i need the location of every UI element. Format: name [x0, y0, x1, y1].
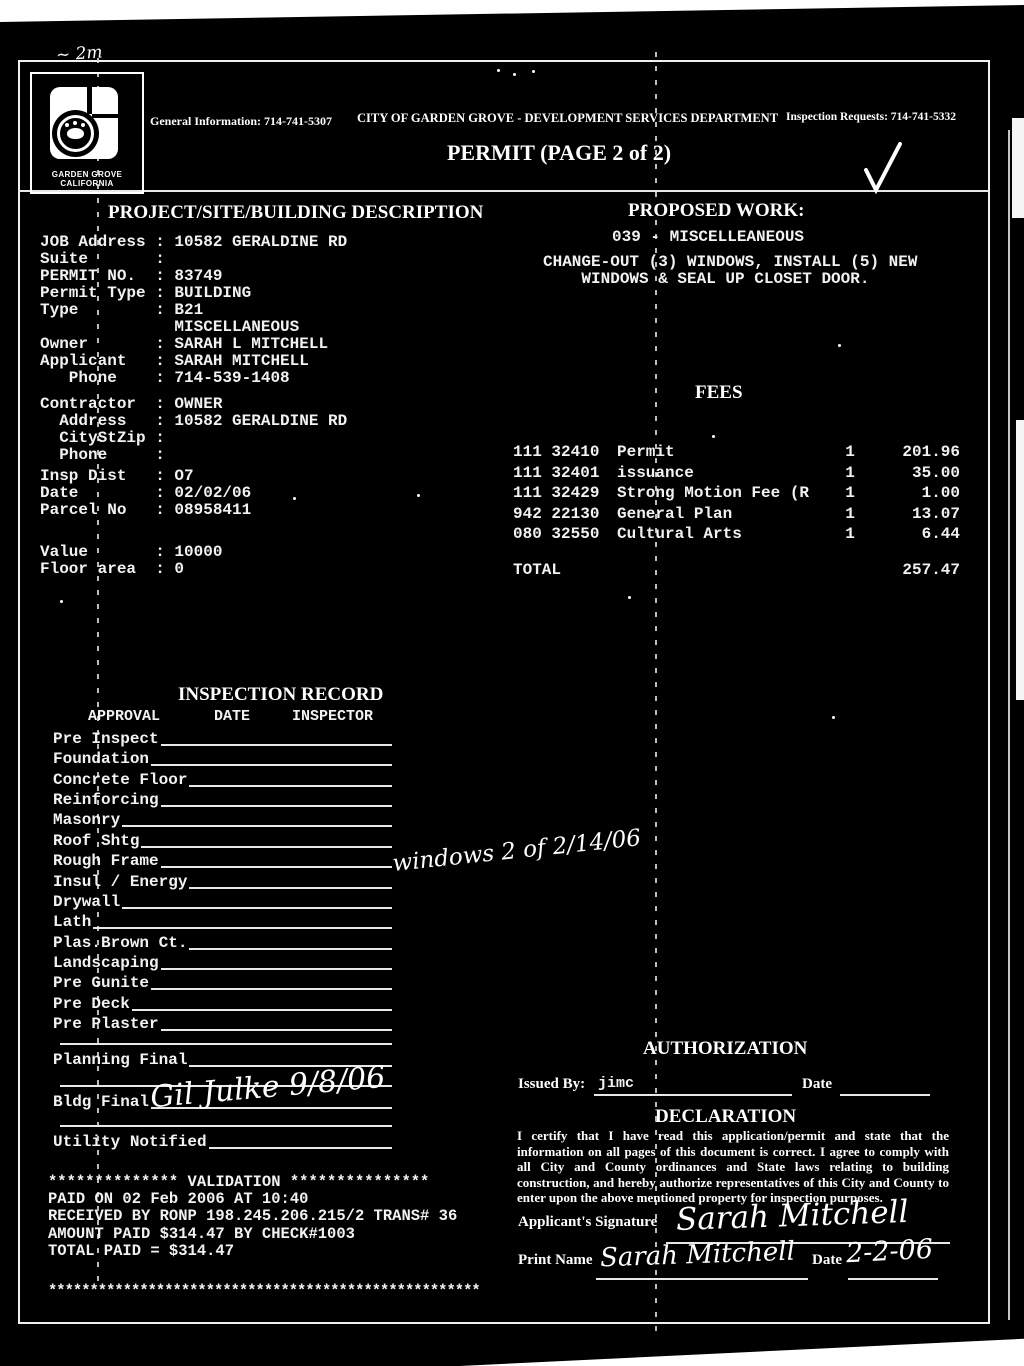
logo-caption-line2: CALIFORNIA [32, 179, 142, 188]
blank-line [141, 846, 392, 848]
scan-speck [532, 70, 535, 73]
inspection-item-label: Reinforcing [53, 791, 159, 809]
fee-qty: 1 [825, 485, 875, 502]
seal-dot [73, 121, 77, 125]
fee-row: 111 32429Strong Motion Fee (R11.00 [513, 485, 960, 502]
declaration-date-label: Date [812, 1252, 842, 1269]
proposed-work-title: PROPOSED WORK: [628, 200, 804, 222]
inspection-row: Concrete Floor [53, 771, 392, 789]
inspection-item-label: Drywall [53, 893, 120, 911]
fee-description: Permit [617, 444, 825, 461]
inspection-item-label: Rough Frame [53, 852, 159, 870]
fee-amount: 35.00 [875, 465, 960, 482]
blank-line [189, 785, 392, 787]
scan-speck [838, 344, 841, 347]
inspection-item-label: Pre Deck [53, 995, 130, 1013]
inspection-row: Masonry [53, 811, 392, 829]
handwritten-top-scribble: ~ 2m [55, 42, 103, 65]
header-divider-line [18, 190, 988, 192]
scan-speck [628, 596, 631, 599]
print-name-line [596, 1278, 808, 1280]
inspection-item-label: Pre Gunite [53, 974, 149, 992]
inspection-row: Foundation [53, 750, 392, 768]
inspection-item-label: Bldg Final [53, 1093, 149, 1111]
fee-row: 080 32550Cultural Arts16.44 [513, 526, 960, 543]
proposed-work-code: 039 - MISCELLEANEOUS [612, 228, 804, 246]
blank-line [161, 968, 392, 970]
proposed-work-description: CHANGE-OUT (3) WINDOWS, INSTALL (5) NEW … [543, 254, 917, 288]
fee-qty: 1 [825, 465, 875, 482]
project-section-title: PROJECT/SITE/BUILDING DESCRIPTION [108, 202, 483, 224]
fee-code: 111 32401 [513, 465, 617, 482]
contractor-block: Contractor : OWNER Address : 10582 GERAL… [40, 396, 347, 464]
print-name-label: Print Name [518, 1252, 593, 1269]
scan-top-edge [0, 0, 1024, 24]
seal-dot [65, 123, 69, 127]
authorization-title: AUTHORIZATION [643, 1038, 807, 1060]
page-title: PERMIT (PAGE 2 of 2) [414, 140, 704, 166]
inspection-district-block: Insp Dist : O7 Date : 02/02/06 Parcel No… [40, 468, 251, 519]
inspection-item-label: Plas.Brown Ct. [53, 934, 187, 952]
inspection-record-title: INSPECTION RECORD [178, 684, 383, 706]
handwritten-checkmark-icon [858, 138, 906, 196]
column-header-inspector: INSPECTOR [292, 708, 373, 725]
inspection-row: Utility Notified [53, 1133, 392, 1151]
scan-bottom-edge [460, 1334, 1024, 1366]
fee-code: 111 32410 [513, 444, 617, 461]
fee-code: 942 22130 [513, 506, 617, 523]
blank-line [161, 1029, 392, 1031]
fee-description: Strong Motion Fee (R [617, 485, 825, 502]
fee-amount: 201.96 [875, 444, 960, 461]
logo-caption: GARDEN GROVE CALIFORNIA [32, 170, 142, 188]
blank-line [189, 948, 392, 950]
fee-amount: 6.44 [875, 526, 960, 543]
fees-section-title: FEES [695, 382, 743, 404]
scan-right-edge-strip [1012, 118, 1024, 218]
fee-code: 111 32429 [513, 485, 617, 502]
separator-line [60, 1043, 392, 1045]
seal-dot [81, 123, 85, 127]
scanned-permit-page: GARDEN GROVE CALIFORNIA General Informat… [0, 0, 1024, 1366]
validation-footer-stars: ****************************************… [48, 1282, 480, 1300]
blank-line [93, 927, 392, 929]
department-title: CITY OF GARDEN GROVE - DEVELOPMENT SERVI… [357, 111, 778, 126]
declaration-title: DECLARATION [655, 1106, 796, 1128]
issued-by-label: Issued By: [518, 1076, 585, 1093]
city-logo-box: GARDEN GROVE CALIFORNIA [30, 72, 144, 194]
inspection-item-label: Pre Inspect [53, 730, 159, 748]
inspection-item-label: Utility Notified [53, 1133, 207, 1151]
blank-line [209, 1147, 392, 1149]
general-info-phone: General Information: 714-741-5307 [150, 114, 332, 129]
blank-line [151, 764, 392, 766]
fee-qty: 1 [825, 444, 875, 461]
inspection-item-label: Foundation [53, 750, 149, 768]
inspection-row: Plas.Brown Ct. [53, 934, 392, 952]
blank-line [189, 887, 392, 889]
inspection-row: Insul / Energy [53, 873, 392, 891]
inspection-item-label: Masonry [53, 811, 120, 829]
fee-description: issuance [617, 465, 825, 482]
blank-line [122, 825, 392, 827]
column-header-date: DATE [214, 708, 250, 725]
issued-by-value: jimc [598, 1075, 634, 1092]
scan-speck [832, 716, 835, 719]
logo-notch [92, 114, 118, 118]
blank-line [161, 744, 392, 746]
blank-line [122, 907, 392, 909]
declaration-date-line [848, 1278, 938, 1280]
fee-row: 111 32410Permit1201.96 [513, 444, 960, 461]
inspection-item-label: Roof Shtg [53, 832, 139, 850]
inspection-item-label: Pre Plaster [53, 1015, 159, 1033]
fee-qty: 1 [825, 526, 875, 543]
inspection-item-label: Concrete Floor [53, 771, 187, 789]
inspection-row: Pre Inspect [53, 730, 392, 748]
scan-edge-line [1008, 130, 1010, 1320]
scan-right-edge-strip [1016, 420, 1024, 700]
inspection-row: Pre Deck [53, 995, 392, 1013]
fees-total-row: TOTAL257.47 [513, 562, 960, 579]
authorization-date-line [840, 1094, 930, 1096]
applicant-signature-label: Applicant's Signature [518, 1214, 657, 1231]
garden-grove-logo-icon [50, 87, 118, 159]
authorization-date-label: Date [802, 1076, 832, 1093]
blank-line [151, 988, 392, 990]
blank-line [161, 866, 392, 868]
fee-amount: 13.07 [875, 506, 960, 523]
fee-description: Cultural Arts [617, 526, 825, 543]
scan-speck [497, 69, 500, 72]
fee-row: 111 32401issuance135.00 [513, 465, 960, 482]
inspection-row: Lath [53, 913, 392, 931]
logo-notch [87, 87, 92, 114]
inspection-row: Drywall [53, 893, 392, 911]
fee-code: 080 32550 [513, 526, 617, 543]
inspection-row: Pre Plaster [53, 1015, 392, 1033]
inspection-row: Landscaping [53, 954, 392, 972]
fee-row: 942 22130General Plan113.07 [513, 506, 960, 523]
fees-total-label: TOTAL [513, 562, 561, 579]
fees-total-amount: 257.47 [875, 562, 960, 579]
column-header-approval: APPROVAL [88, 708, 160, 725]
scan-speck [293, 497, 296, 500]
scan-speck [417, 494, 420, 497]
city-seal-icon [52, 110, 99, 157]
scan-speck [712, 435, 715, 438]
value-block: Value : 10000 Floor area : 0 [40, 544, 222, 578]
issued-by-line [594, 1094, 792, 1096]
inspection-requests-phone: Inspection Requests: 714-741-5332 [786, 111, 956, 123]
blank-line [132, 1009, 392, 1011]
inspection-item-label: Insul / Energy [53, 873, 187, 891]
seal-core [67, 128, 84, 139]
separator-line [60, 1125, 392, 1127]
logo-caption-line1: GARDEN GROVE [32, 170, 142, 179]
inspection-item-label: Lath [53, 913, 91, 931]
scan-speck [60, 600, 63, 603]
fee-amount: 1.00 [875, 485, 960, 502]
inspection-row: Rough Frame [53, 852, 392, 870]
inspection-row: Pre Gunite [53, 974, 392, 992]
inspection-row: Reinforcing [53, 791, 392, 809]
scan-speck [513, 73, 516, 76]
fee-qty: 1 [825, 506, 875, 523]
project-description-block: JOB Address : 10582 GERALDINE RD Suite :… [40, 234, 347, 387]
handwritten-date: 2-2-06 [845, 1234, 933, 1270]
inspection-item-label: Planning Final [53, 1051, 187, 1069]
inspection-item-label: Landscaping [53, 954, 159, 972]
blank-line [161, 805, 392, 807]
inspection-row: Roof Shtg [53, 832, 392, 850]
fee-description: General Plan [617, 506, 825, 523]
validation-block: ************** VALIDATION **************… [48, 1174, 457, 1260]
